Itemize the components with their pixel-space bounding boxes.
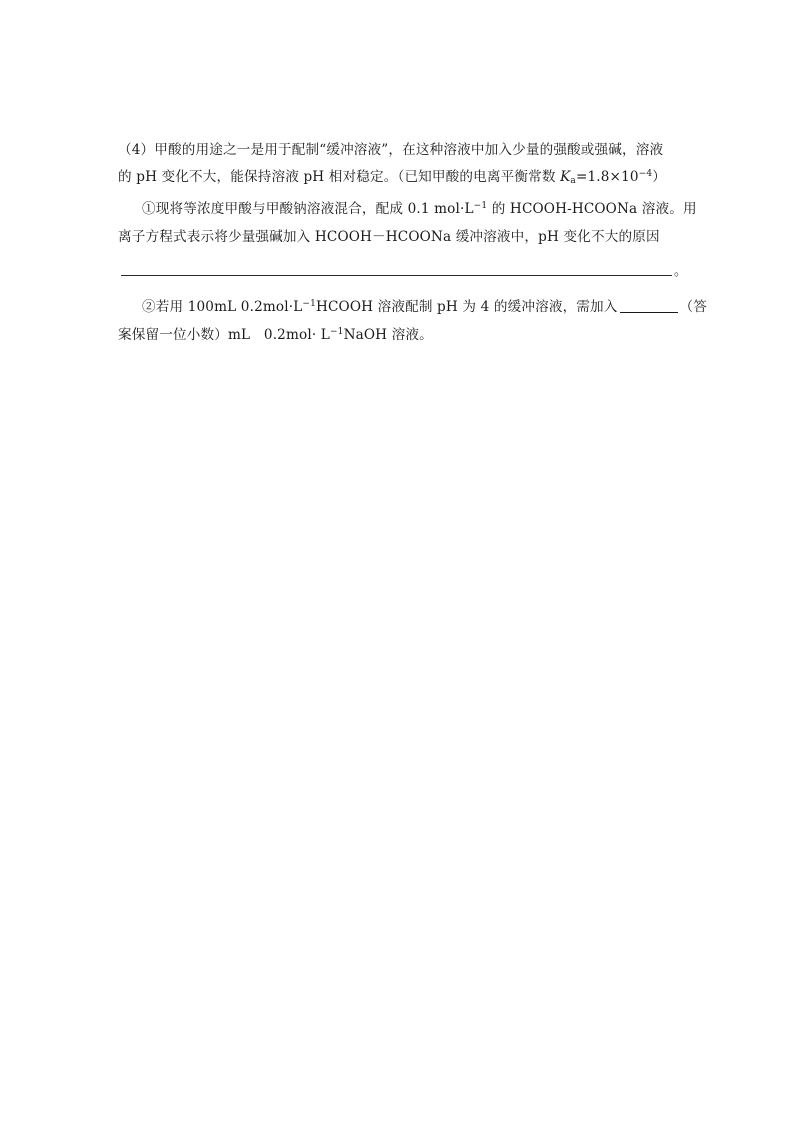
document-page: （4）甲酸的用途之一是用于配制“缓冲溶液”，在这种溶液中加入少量的强酸或强碱，溶…	[0, 0, 800, 1131]
part1-line-2: 离子方程式表示将少量强碱加入 HCOOH－HCOONa 缓冲溶液中，pH 变化不…	[118, 227, 690, 247]
part1-answer-blank[interactable]	[121, 275, 672, 276]
part2-answer-blank[interactable]	[620, 298, 678, 313]
part1-exponent: −1	[474, 201, 488, 211]
part2-exponent-1: −1	[302, 299, 316, 309]
part2-line-2: 案保留一位小数）mL 0.2mol· L−1NaOH 溶液。	[118, 325, 690, 345]
part1-answer-period: 。	[674, 264, 687, 280]
question-intro-line-1: （4）甲酸的用途之一是用于配制“缓冲溶液”，在这种溶液中加入少量的强酸或强碱，溶…	[118, 140, 690, 160]
part1-text-1a: 现将等浓度甲酸与甲酸钠溶液混合，配成 0.1 mol·L	[156, 201, 474, 217]
question-number: （4）	[118, 142, 154, 158]
question-intro-end: ）	[652, 169, 666, 185]
part2-text-1b: HCOOH 溶液配制 pH 为 4 的缓冲溶液，需加入	[316, 299, 618, 315]
part1-marker: ①	[142, 201, 156, 217]
part2-exponent-2: −1	[330, 327, 344, 337]
part2-text-2a: 案保留一位小数）mL 0.2mol· L	[118, 327, 330, 343]
question-intro-text-1: 甲酸的用途之一是用于配制“缓冲溶液”，在这种溶液中加入少量的强酸或强碱，溶液	[154, 142, 663, 158]
question-intro-text-2: 的 pH 变化不大，能保持溶液 pH 相对稳定。（已知甲酸的电离平衡常数	[118, 169, 560, 185]
ka-exponent: −4	[639, 169, 653, 179]
part1-text-2: 离子方程式表示将少量强碱加入 HCOOH－HCOONa 缓冲溶液中，pH 变化不…	[118, 229, 660, 245]
ka-symbol: K	[560, 169, 570, 185]
part2-line-1: ②若用 100mL 0.2mol·L−1HCOOH 溶液配制 pH 为 4 的缓…	[142, 297, 690, 317]
part2-text-2b: NaOH 溶液。	[344, 327, 433, 343]
part2-text-1c: （答	[680, 299, 708, 315]
ka-value: =1.8×10	[576, 169, 639, 185]
part1-text-1b: 的 HCOOH-HCOONa 溶液。用	[487, 201, 696, 217]
question-intro-line-2: 的 pH 变化不大，能保持溶液 pH 相对稳定。（已知甲酸的电离平衡常数 Ka=…	[118, 167, 690, 187]
part1-line-1: ①现将等浓度甲酸与甲酸钠溶液混合，配成 0.1 mol·L−1 的 HCOOH-…	[142, 199, 690, 219]
part2-marker: ②	[142, 299, 156, 315]
part2-text-1a: 若用 100mL 0.2mol·L	[156, 299, 303, 315]
